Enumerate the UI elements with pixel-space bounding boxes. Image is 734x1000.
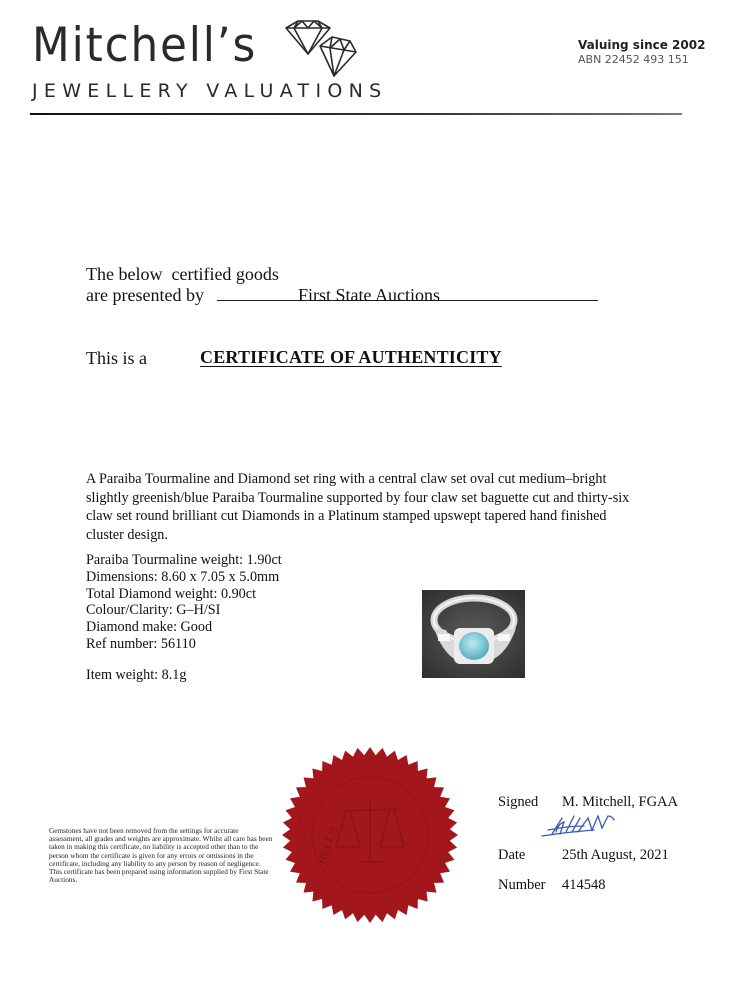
disclaimer-text: Gemstones have not been removed from the… [49, 827, 274, 884]
item-description: A Paraiba Tourmaline and Diamond set rin… [86, 470, 646, 544]
certificate-number: 414548 [562, 877, 606, 894]
detail-ref-number: Ref number: 56110 [86, 636, 282, 653]
intro-line-1: The below certified goods [86, 264, 279, 284]
intro-line-2: are presented by [86, 285, 204, 305]
diamonds-icon [280, 20, 358, 78]
detail-dimensions: Dimensions: 8.60 x 7.05 x 5.0mm [86, 569, 282, 586]
abn-number: ABN 22452 493 151 [578, 53, 689, 66]
header-divider [30, 113, 682, 115]
brand-subtitle: JEWELLERY VALUATIONS [32, 82, 388, 101]
certificate-title: CERTIFICATE OF AUTHENTICITY [200, 347, 502, 367]
number-label: Number [498, 877, 546, 894]
detail-diamond-make: Diamond make: Good [86, 619, 282, 636]
item-details: Paraiba Tourmaline weight: 1.90ct Dimens… [86, 552, 282, 653]
detail-colour-clarity: Colour/Clarity: G–H/SI [86, 602, 282, 619]
certificate-date: 25th August, 2021 [562, 847, 669, 864]
certificate-prefix: This is a [86, 348, 147, 368]
tagline: Valuing since 2002 [578, 38, 705, 52]
signature-icon [538, 812, 628, 840]
brand-name: Mitchell’s [32, 22, 257, 69]
ring-photo [422, 590, 525, 678]
item-weight: Item weight: 8.1g [86, 667, 186, 684]
signed-label: Signed [498, 794, 538, 811]
detail-diamond-weight: Total Diamond weight: 0.90ct [86, 586, 282, 603]
detail-tourmaline-weight: Paraiba Tourmaline weight: 1.90ct [86, 552, 282, 569]
date-label: Date [498, 847, 525, 864]
signer-name: M. Mitchell, FGAA [562, 794, 678, 811]
seal-icon: HELL'S [280, 745, 460, 925]
presenter-name: First State Auctions [298, 285, 440, 305]
